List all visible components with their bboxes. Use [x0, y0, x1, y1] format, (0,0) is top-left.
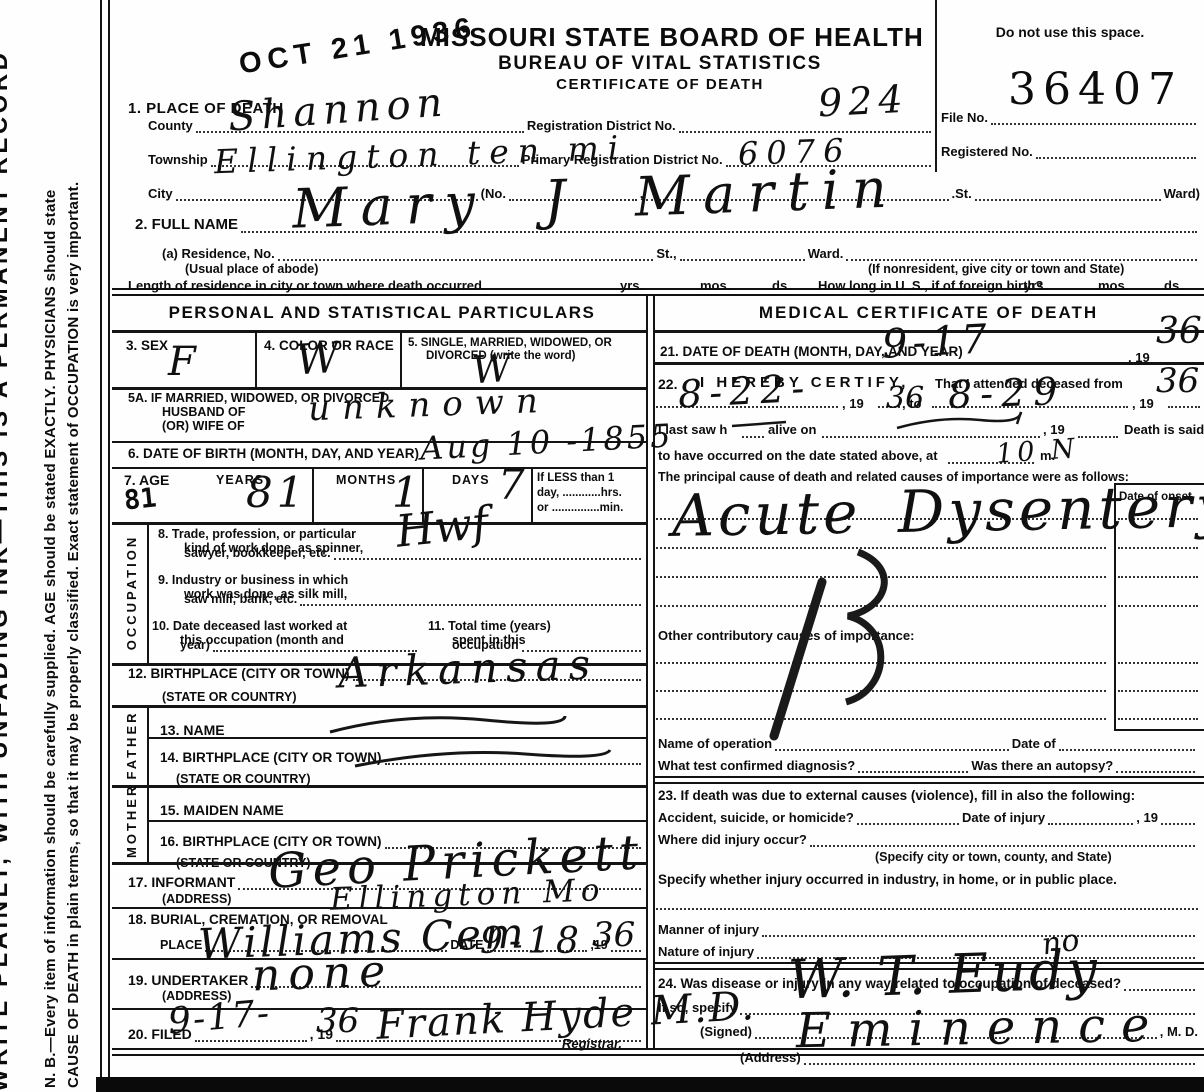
certify-to-19: , 19	[1132, 396, 1154, 411]
cause-line-3b	[1118, 574, 1198, 578]
hw-undertaker: none	[251, 950, 394, 999]
scan-black-bar	[96, 1077, 1204, 1092]
hw-date-of-death: 9-17	[881, 319, 993, 365]
specify-city-note: (Specify city or town, county, and State…	[875, 850, 1112, 864]
undertaker-label: 19. UNDERTAKER	[128, 972, 248, 988]
injury-blank-line	[656, 906, 1198, 910]
autopsy-label: Was there an autopsy?	[971, 758, 1113, 773]
cause-line-7b	[1118, 716, 1198, 720]
certify-from-19: , 19	[842, 396, 864, 411]
hw-filed-date: 9-17-	[167, 996, 273, 1041]
test-row-rule	[653, 776, 1204, 784]
length-mos-label: mos.	[700, 278, 730, 293]
mother-maiden-bottom	[147, 820, 646, 822]
manner-row: Manner of injury	[658, 922, 1198, 937]
injury-19-label: , 19	[1136, 810, 1158, 825]
hw-husband: unknown	[307, 384, 550, 426]
nature-label: Nature of injury	[658, 944, 754, 959]
external-causes-label: 23. If death was due to external causes …	[658, 788, 1135, 803]
do-not-use-label: Do not use this space.	[945, 24, 1195, 40]
age-stamp-value: 81	[122, 482, 158, 516]
cause-line-4b	[1118, 603, 1198, 607]
hw-contributory-scrawl	[760, 540, 920, 740]
hw-physician-address: Eminence	[796, 1001, 1166, 1055]
length-yrs-label: yrs.	[620, 278, 643, 293]
test-row: What test confirmed diagnosis? Was there…	[658, 758, 1198, 773]
nonresident-note: (If nonresident, give city or town and S…	[868, 262, 1124, 276]
doc-left-border-outer	[100, 0, 102, 1078]
certify-number: 22.	[658, 376, 677, 392]
husband-label-line2: HUSBAND OF	[162, 405, 245, 419]
hw-registration-district: 924	[817, 80, 909, 123]
township-label: Township	[148, 152, 208, 167]
birthplace-state-note: (STATE OR COUNTRY)	[162, 690, 296, 704]
occ10-line1: 10. Date deceased last worked at	[152, 619, 347, 633]
abode-note: (Usual place of abode)	[185, 262, 318, 276]
cause-line-2b	[1118, 545, 1198, 549]
hw-dod-year: 36	[1156, 314, 1202, 350]
street-label: .St.	[952, 186, 972, 201]
hw-father-birthplace-dash	[350, 744, 615, 774]
margin-inner-note: N. B.—Every item of information should b…	[40, 3, 85, 1088]
form-subtitle: BUREAU OF VITAL STATISTICS	[420, 53, 900, 75]
hw-sex: F	[168, 342, 196, 382]
file-no-row: File No.	[941, 110, 1199, 125]
mother-label-divider	[147, 785, 149, 862]
operation-label: Name of operation	[658, 736, 772, 751]
operation-date-label: Date of	[1012, 736, 1056, 751]
column-divider-left	[646, 296, 648, 1048]
occ8-line3: sawyer, bookkeeper, etc.	[184, 546, 331, 560]
cause-line-5b	[1118, 660, 1198, 664]
hw-birthplace: Arkansas	[337, 643, 598, 694]
column-divider-right	[653, 296, 655, 1048]
occ9-line3-row: saw mill, bank, etc.	[184, 592, 644, 606]
hw-father-name-dash	[325, 708, 570, 740]
mother-side-label: MOTHER	[124, 788, 139, 858]
how-long-us-label: How long in U. S., if of foreign birth?	[818, 278, 1043, 293]
residence-st-label: St.,	[656, 246, 676, 261]
age-less-line2: day, ............hrs.	[537, 487, 622, 499]
birthplace-label: 12. BIRTHPLACE (CITY OR TOWN)	[128, 666, 350, 681]
informant-label: 17. INFORMANT	[128, 874, 235, 890]
test-label: What test confirmed diagnosis?	[658, 758, 855, 773]
dob-row-bottom	[112, 467, 646, 469]
father-label-divider	[147, 705, 149, 785]
where-injury-label: Where did injury occur?	[658, 832, 807, 847]
sex-label: 3. SEX	[126, 338, 168, 353]
hw-physician-signature: W. T. Eudy	[787, 943, 1101, 1008]
operation-row: Name of operation Date of	[658, 736, 1198, 751]
accident-row: Accident, suicide, or homicide? Date of …	[658, 810, 1198, 825]
father-birthplace-label: 14. BIRTHPLACE (CITY OR TOWN)	[160, 750, 382, 765]
occ11-line1: 11. Total time (years)	[428, 619, 551, 633]
burial-place-label: PLACE	[160, 938, 202, 952]
father-side-label: FATHER	[124, 709, 139, 781]
occupation-label-divider	[147, 522, 149, 663]
cause-line-6b	[1118, 688, 1198, 692]
hw-last-saw-dash	[730, 416, 790, 432]
color-marital-divider	[400, 332, 402, 387]
father-state-note: (STATE OR COUNTRY)	[176, 772, 310, 786]
age-less-line1: If LESS than 1	[537, 472, 614, 484]
residence-row: (a) Residence, No. St., Ward.	[162, 246, 1200, 261]
hw-burial-year: 36	[592, 918, 635, 952]
age-less-line3: or ...............min.	[537, 502, 623, 514]
hw-cause-of-death: Acute Dysentery	[672, 477, 1204, 545]
dob-label: 6. DATE OF BIRTH (MONTH, DAY, AND YEAR)	[128, 446, 419, 461]
personal-section-header: PERSONAL AND STATISTICAL PARTICULARS	[118, 303, 646, 323]
residence-ward-label: Ward.	[808, 246, 844, 261]
hw-filed-year: 36	[316, 1004, 359, 1038]
mother-maiden-label: 15. MAIDEN NAME	[160, 802, 284, 818]
registered-no-row: Registered No.	[941, 144, 1199, 159]
sex-color-divider	[255, 332, 257, 387]
certify-to-dots2	[1168, 404, 1200, 408]
occ9-line1: 9. Industry or business in which	[158, 573, 348, 587]
full-name-label: 2. FULL NAME	[135, 216, 238, 233]
hw-dob: Aug 10 -1855	[419, 419, 674, 464]
husband-label-line3: (OR) WIFE OF	[162, 419, 245, 433]
hw-color-race: W	[295, 337, 341, 382]
age-days-header: DAYS	[452, 473, 490, 487]
occ8-line1: 8. Trade, profession, or particular	[158, 527, 356, 541]
father-bottom	[112, 785, 646, 788]
registered-no-label: Registered No.	[941, 144, 1033, 159]
form-title: MISSOURI STATE BOARD OF HEALTH	[420, 22, 900, 53]
margin-inner-line1: N. B.—Every item of information should b…	[42, 189, 59, 1088]
county-label: County	[148, 118, 193, 133]
hw-age-years: 81	[246, 472, 307, 514]
file-no-label: File No.	[941, 110, 988, 125]
hw-burial-date: 9-18	[480, 924, 585, 960]
hw-death-time: 10 N	[995, 435, 1079, 468]
us-mos-label: mos.	[1098, 278, 1128, 293]
injury-date-label: Date of injury	[962, 810, 1045, 825]
hw-alive-on-dash	[895, 408, 1025, 434]
hw-age-days: 7	[498, 464, 525, 506]
occupation-side-label: OCCUPATION	[124, 525, 139, 660]
age-months-header: MONTHS	[336, 473, 396, 487]
where-injury-row: Where did injury occur?	[658, 832, 1198, 847]
accident-label: Accident, suicide, or homicide?	[658, 810, 854, 825]
do-not-use-box-border	[935, 0, 937, 172]
father-name-label: 13. NAME	[160, 722, 225, 738]
age-months-divider	[312, 468, 314, 522]
certificate-number: 36407	[1008, 64, 1183, 115]
specify-whether-label: Specify whether injury occurred in indus…	[658, 872, 1117, 887]
occ9-line3: saw mill, bank, etc.	[184, 592, 297, 606]
physician-address-label: (Address)	[740, 1050, 801, 1065]
margin-inner-line2: CAUSE OF DEATH in plain terms, so that i…	[65, 182, 82, 1088]
age-less-divider	[531, 468, 533, 522]
last-saw-dots1	[742, 434, 764, 438]
death-is-said-label: Death is said	[1124, 422, 1204, 437]
city-label: City	[148, 186, 173, 201]
us-yrs-label: yrs.	[1024, 278, 1047, 293]
hw-attended-to-year: 36	[1156, 364, 1199, 398]
residence-label: (a) Residence, No.	[162, 246, 275, 261]
margin-outer-instruction: WRITE PLAINLY, WITH UNFADING INK—THIS IS…	[0, 0, 14, 1092]
ward-label: Ward)	[1164, 186, 1200, 201]
us-ds-label: ds.	[1164, 278, 1183, 293]
length-ds-label: ds.	[772, 278, 791, 293]
occurred-label: to have occurred on the date stated abov…	[658, 448, 938, 463]
death-certificate-page: WRITE PLAINLY, WITH UNFADING INK—THIS IS…	[0, 0, 1204, 1092]
onset-box-bottom	[1114, 729, 1204, 731]
informant-address-note: (ADDRESS)	[162, 892, 231, 906]
doc-left-border-inner	[108, 0, 110, 1078]
hw-attended-from: 8-22-	[677, 369, 812, 414]
length-of-residence-label: Length of residence in city or town wher…	[128, 278, 482, 293]
marital-label-line1: 5. SINGLE, MARRIED, WIDOWED, OR	[408, 337, 612, 349]
occ10-line3: year)	[180, 638, 210, 652]
manner-label: Manner of injury	[658, 922, 759, 937]
last-saw-dots2	[1078, 434, 1118, 438]
hw-occupation: Hwf	[394, 501, 490, 554]
personal-header-underline	[112, 330, 646, 333]
age-row-bottom	[112, 522, 646, 525]
